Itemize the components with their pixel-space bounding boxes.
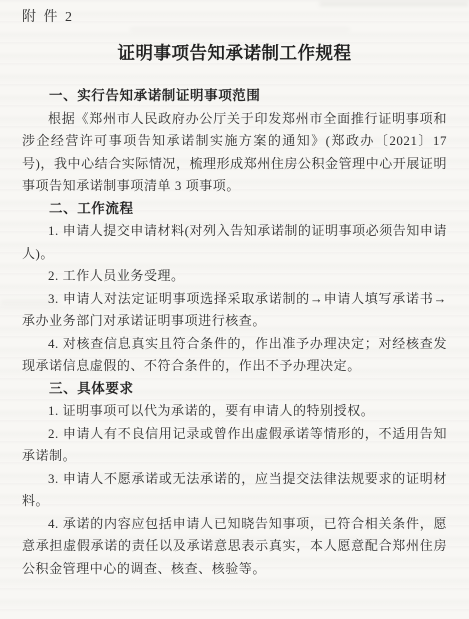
paragraph: 根据《郑州市人民政府办公厅关于印发郑州市全面推行证明事项和涉企经营许可事项告知承… [22, 108, 447, 198]
paragraph: 3. 申请人对法定证明事项选择采取承诺制的→申请人填写承诺书→承办业务部门对承诺… [22, 288, 447, 333]
document-body: 一、实行告知承诺制证明事项范围 根据《郑州市人民政府办公厅关于印发郑州市全面推行… [22, 85, 447, 580]
paragraph: 2. 工作人员业务受理。 [22, 265, 447, 288]
document-page: 附 件 2 证明事项告知承诺制工作规程 一、实行告知承诺制证明事项范围 根据《郑… [0, 0, 469, 619]
paragraph: 1. 证明事项可以代为承诺的，要有申请人的特别授权。 [22, 400, 447, 423]
scan-artifact [319, 2, 469, 6]
scan-artifact [130, 28, 350, 31]
paragraph: 1. 申请人提交申请材料(对列入告知承诺制的证明事项必须告知申请人)。 [22, 220, 447, 265]
paragraph: 4. 承诺的内容应包括申请人已知晓告知事项，已符合相关条件，愿意承担虚假承诺的责… [22, 513, 447, 581]
document-title: 证明事项告知承诺制工作规程 [22, 40, 447, 66]
paragraph: 4. 对核查信息真实且符合条件的，作出准予办理决定；对经核查发现承诺信息虚假的、… [22, 333, 447, 378]
section-requirements: 三、具体要求 1. 证明事项可以代为承诺的，要有申请人的特别授权。 2. 申请人… [22, 378, 447, 581]
section-heading-2: 二、工作流程 [22, 198, 447, 221]
paragraph: 3. 申请人不愿承诺或无法承诺的，应当提交法律法规要求的证明材料。 [22, 468, 447, 513]
attachment-label: 附 件 2 [22, 8, 447, 28]
paragraph: 2. 申请人有不良信用记录或曾作出虚假承诺等情形的，不适用告知承诺制。 [22, 423, 447, 468]
section-workflow: 二、工作流程 1. 申请人提交申请材料(对列入告知承诺制的证明事项必须告知申请人… [22, 198, 447, 378]
section-heading-3: 三、具体要求 [22, 378, 447, 401]
section-scope: 一、实行告知承诺制证明事项范围 根据《郑州市人民政府办公厅关于印发郑州市全面推行… [22, 85, 447, 198]
section-heading-1: 一、实行告知承诺制证明事项范围 [22, 85, 447, 108]
